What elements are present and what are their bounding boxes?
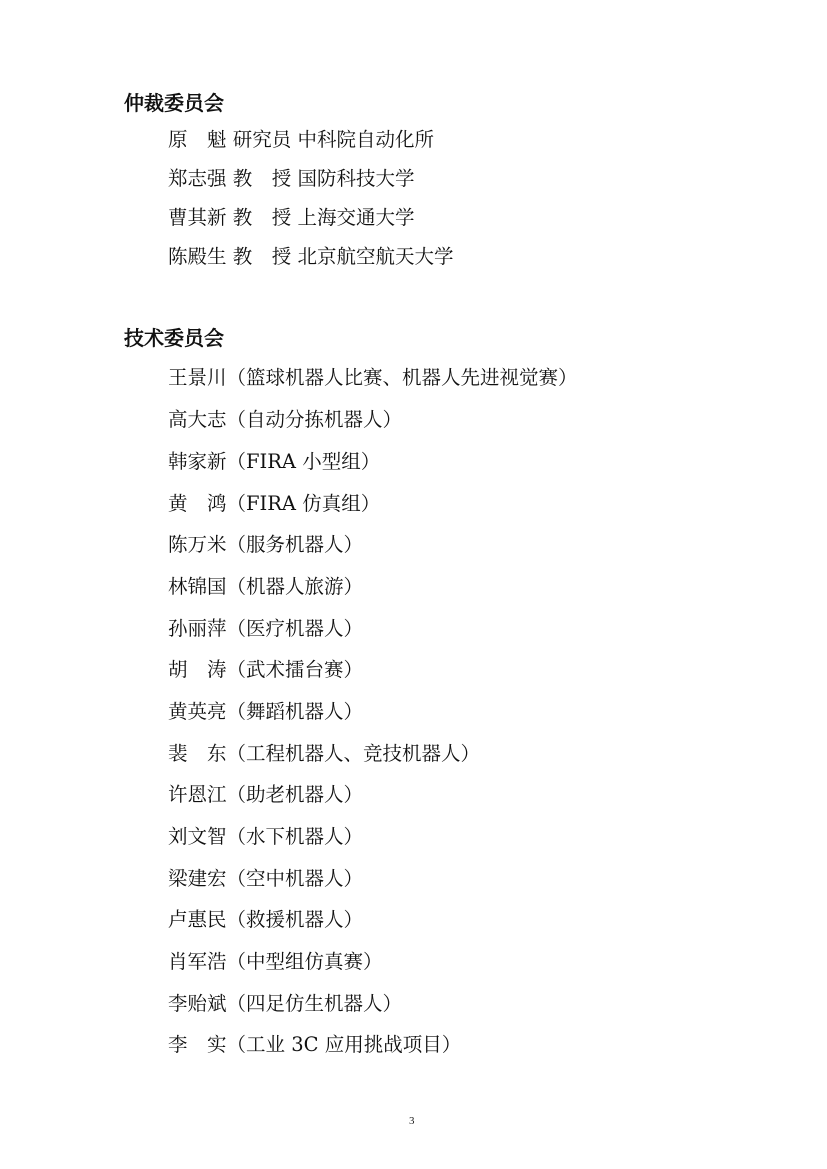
member-name: 许恩江 <box>168 783 227 806</box>
member-role: （机器人旅游） <box>227 575 364 598</box>
technical-member-row: 韩家新（FIRA 小型组） <box>168 449 380 475</box>
member-org: 上海交通大学 <box>297 206 414 229</box>
arbitration-member-row: 郑志强 教 授 国防科技大学 <box>168 166 414 192</box>
member-name: 卢惠民 <box>168 908 227 931</box>
member-title: 研究员 <box>233 128 292 151</box>
technical-member-row: 裴 东（工程机器人、竞技机器人） <box>168 741 480 767</box>
technical-member-row: 刘文智（水下机器人） <box>168 824 363 850</box>
arbitration-committee-heading: 仲裁委员会 <box>124 90 224 116</box>
member-name: 林锦国 <box>168 575 227 598</box>
member-title: 教 授 <box>233 167 292 190</box>
member-name: 孙丽萍 <box>168 617 227 640</box>
member-name: 高大志 <box>168 408 227 431</box>
member-org: 国防科技大学 <box>297 167 414 190</box>
member-name: 肖军浩 <box>168 950 227 973</box>
member-org: 中科院自动化所 <box>297 128 434 151</box>
technical-member-row: 许恩江（助老机器人） <box>168 782 363 808</box>
arbitration-member-row: 原 魁 研究员 中科院自动化所 <box>168 127 434 153</box>
member-name: 黄英亮 <box>168 700 227 723</box>
member-role: （自动分拣机器人） <box>227 408 403 431</box>
technical-member-row: 陈万米（服务机器人） <box>168 532 363 558</box>
technical-member-row: 孙丽萍（医疗机器人） <box>168 616 363 642</box>
member-role: （舞蹈机器人） <box>227 700 364 723</box>
member-role: （空中机器人） <box>227 867 364 890</box>
member-role: （四足仿生机器人） <box>227 992 403 1015</box>
member-role: （FIRA 仿真组） <box>227 492 381 515</box>
member-role: （水下机器人） <box>227 825 364 848</box>
technical-member-row: 王景川（篮球机器人比赛、机器人先进视觉赛） <box>168 365 578 391</box>
member-name: 李 实 <box>168 1033 227 1056</box>
technical-committee-heading: 技术委员会 <box>124 325 224 351</box>
technical-member-row: 卢惠民（救援机器人） <box>168 907 363 933</box>
member-name: 陈殿生 <box>168 245 227 268</box>
technical-member-row: 高大志（自动分拣机器人） <box>168 407 402 433</box>
member-role: （助老机器人） <box>227 783 364 806</box>
member-role: （救援机器人） <box>227 908 364 931</box>
member-role: （篮球机器人比赛、机器人先进视觉赛） <box>227 366 578 389</box>
member-name: 陈万米 <box>168 533 227 556</box>
member-title: 教 授 <box>233 245 292 268</box>
arbitration-member-row: 曹其新 教 授 上海交通大学 <box>168 205 414 231</box>
member-name: 曹其新 <box>168 206 227 229</box>
member-role: （医疗机器人） <box>227 617 364 640</box>
member-role: （武术擂台赛） <box>227 658 364 681</box>
member-name: 裴 东 <box>168 742 227 765</box>
member-name: 梁建宏 <box>168 867 227 890</box>
member-name: 原 魁 <box>168 128 227 151</box>
technical-member-row: 梁建宏（空中机器人） <box>168 866 363 892</box>
member-org: 北京航空航天大学 <box>297 245 453 268</box>
technical-member-row: 黄 鸿（FIRA 仿真组） <box>168 491 380 517</box>
technical-member-row: 肖军浩（中型组仿真赛） <box>168 949 383 975</box>
technical-member-row: 李贻斌（四足仿生机器人） <box>168 991 402 1017</box>
arbitration-member-row: 陈殿生 教 授 北京航空航天大学 <box>168 244 453 270</box>
member-role: （中型组仿真赛） <box>227 950 383 973</box>
technical-member-row: 胡 涛（武术擂台赛） <box>168 657 363 683</box>
member-title: 教 授 <box>233 206 292 229</box>
member-name: 韩家新 <box>168 450 227 473</box>
member-role: （服务机器人） <box>227 533 364 556</box>
member-name: 黄 鸿 <box>168 492 227 515</box>
technical-member-row: 李 实（工业 3C 应用挑战项目） <box>168 1032 461 1058</box>
technical-member-row: 林锦国（机器人旅游） <box>168 574 363 600</box>
member-name: 刘文智 <box>168 825 227 848</box>
member-name: 胡 涛 <box>168 658 227 681</box>
member-role: （FIRA 小型组） <box>227 450 381 473</box>
document-page: 仲裁委员会 原 魁 研究员 中科院自动化所 郑志强 教 授 国防科技大学 曹其新… <box>0 0 827 1169</box>
member-name: 郑志强 <box>168 167 227 190</box>
member-name: 王景川 <box>168 366 227 389</box>
member-name: 李贻斌 <box>168 992 227 1015</box>
technical-member-row: 黄英亮（舞蹈机器人） <box>168 699 363 725</box>
member-role: （工业 3C 应用挑战项目） <box>227 1033 462 1056</box>
member-role: （工程机器人、竞技机器人） <box>227 742 481 765</box>
page-number: 3 <box>409 1115 415 1127</box>
